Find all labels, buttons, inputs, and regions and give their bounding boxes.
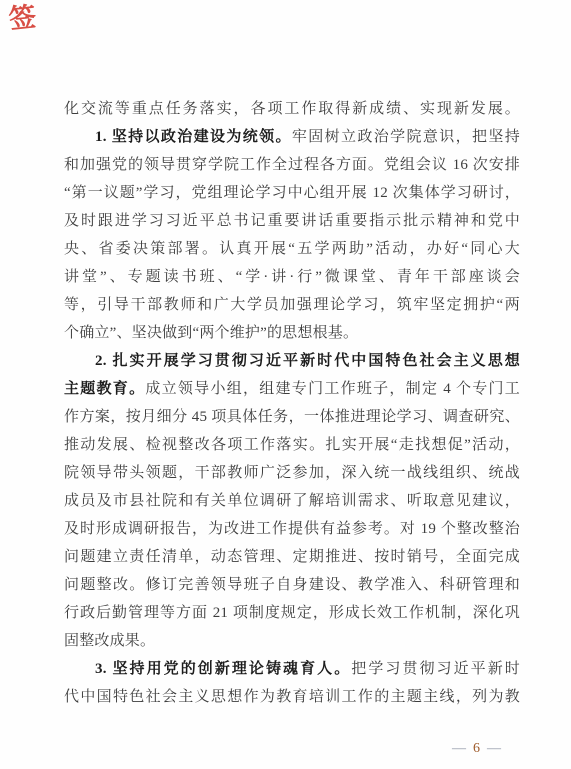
text-segment: 成员及市县社院和有关单位调研了解培训需求、听取意见建议， — [64, 493, 520, 509]
text-segment: 成立领导小组，组建专门工作班子，制定 4 个专门工 — [145, 381, 520, 397]
text-segment: 固整改成果。 — [64, 633, 155, 649]
text-line: 问题建立责任清单，动态管理、定期推进、按时销号，全面完成 — [64, 543, 520, 571]
page-number-right-dash: — — [487, 741, 501, 756]
text-line: 央、省委决策部署。认真开展“五学两助”活动，办好“同心大 — [64, 235, 520, 263]
text-line: 问题整改。修订完善领导班子自身建设、教学准入、科研管理和 — [64, 571, 520, 599]
text-line: 讲堂”、专题读书班、“学·讲·行”微课堂、青年干部座谈会 — [64, 263, 520, 291]
text-line: 及时跟进学习习近平总书记重要讲话重要指示批示精神和党中 — [64, 207, 520, 235]
text-segment: 及时跟进学习习近平总书记重要讲话重要指示批示精神和党中 — [64, 213, 520, 229]
text-segment-bold: 主题教育。 — [64, 381, 145, 397]
text-segment: 等，引导干部教师和广大学员加强理论学习，筑牢坚定拥护“两 — [64, 297, 520, 313]
text-line: 1. 坚持以政治建设为统领。牢固树立政治学院意识，把坚持 — [64, 123, 520, 151]
text-line: 化交流等重点任务落实，各项工作取得新成绩、实现新发展。 — [64, 95, 520, 123]
text-line: 个确立”、坚决做到“两个维护”的思想根基。 — [64, 319, 520, 347]
text-segment: 牢固树立政治学院意识，把坚持 — [292, 129, 520, 145]
text-segment-bold: 3. 坚持用党的创新理论铸魂育人。 — [95, 661, 351, 677]
text-line: “第一议题”学习，党组理论学习中心组开展 12 次集体学习研讨， — [64, 179, 520, 207]
text-segment: “第一议题”学习，党组理论学习中心组开展 12 次集体学习研讨， — [64, 185, 520, 201]
page-number: —6— — [452, 740, 501, 758]
text-line: 和加强党的领导贯穿学院工作全过程各方面。党组会议 16 次安排 — [64, 151, 520, 179]
text-line: 等，引导干部教师和广大学员加强理论学习，筑牢坚定拥护“两 — [64, 291, 520, 319]
text-line: 3. 坚持用党的创新理论铸魂育人。把学习贯彻习近平新时 — [64, 655, 520, 683]
text-segment: 作方案，按月细分 45 项具体任务，一体推进理论学习、调查研究、 — [64, 409, 520, 425]
text-segment: 央、省委决策部署。认真开展“五学两助”活动，办好“同心大 — [64, 241, 520, 257]
text-segment: 及时形成调研报告，为改进工作提供有益参考。对 19 个整改整治 — [64, 521, 520, 537]
text-segment: 个确立”、坚决做到“两个维护”的思想根基。 — [64, 325, 358, 341]
text-segment: 院领导带头领题，干部教师广泛参加，深入统一战线组织、统战 — [64, 465, 520, 481]
text-line: 主题教育。成立领导小组，组建专门工作班子，制定 4 个专门工 — [64, 375, 520, 403]
text-segment: 问题建立责任清单，动态管理、定期推进、按时销号，全面完成 — [64, 549, 520, 565]
text-segment-bold: 2. 扎实开展学习贯彻习近平新时代中国特色社会主义思想 — [95, 353, 520, 369]
text-segment: 问题整改。修订完善领导班子自身建设、教学准入、科研管理和 — [64, 577, 520, 593]
text-line: 推动发展、检视整改各项工作落实。扎实开展“走找想促”活动， — [64, 431, 520, 459]
document-page: 签 化交流等重点任务落实，各项工作取得新成绩、实现新发展。1. 坚持以政治建设为… — [0, 0, 571, 769]
text-segment-bold: 1. 坚持以政治建设为统领。 — [95, 129, 292, 145]
page-number-value: 6 — [466, 741, 487, 756]
text-line: 2. 扎实开展学习贯彻习近平新时代中国特色社会主义思想 — [64, 347, 520, 375]
red-stamp-mark: 签 — [8, 4, 38, 34]
text-segment: 推动发展、检视整改各项工作落实。扎实开展“走找想促”活动， — [64, 437, 520, 453]
text-segment: 和加强党的领导贯穿学院工作全过程各方面。党组会议 16 次安排 — [64, 157, 520, 173]
text-segment: 化交流等重点任务落实，各项工作取得新成绩、实现新发展。 — [64, 101, 520, 117]
document-body: 化交流等重点任务落实，各项工作取得新成绩、实现新发展。1. 坚持以政治建设为统领… — [64, 95, 520, 711]
text-segment: 代中国特色社会主义思想作为教育培训工作的主题主线，列为教 — [64, 689, 520, 705]
text-line: 行政后勤管理等方面 21 项制度规定，形成长效工作机制，深化巩 — [64, 599, 520, 627]
text-line: 作方案，按月细分 45 项具体任务，一体推进理论学习、调查研究、 — [64, 403, 520, 431]
text-line: 固整改成果。 — [64, 627, 520, 655]
text-line: 及时形成调研报告，为改进工作提供有益参考。对 19 个整改整治 — [64, 515, 520, 543]
text-line: 代中国特色社会主义思想作为教育培训工作的主题主线，列为教 — [64, 683, 520, 711]
text-segment: 行政后勤管理等方面 21 项制度规定，形成长效工作机制，深化巩 — [64, 605, 520, 621]
text-line: 院领导带头领题，干部教师广泛参加，深入统一战线组织、统战 — [64, 459, 520, 487]
page-number-left-dash: — — [452, 741, 466, 756]
text-segment: 把学习贯彻习近平新时 — [351, 661, 520, 677]
text-line: 成员及市县社院和有关单位调研了解培训需求、听取意见建议， — [64, 487, 520, 515]
text-segment: 讲堂”、专题读书班、“学·讲·行”微课堂、青年干部座谈会 — [64, 269, 520, 285]
